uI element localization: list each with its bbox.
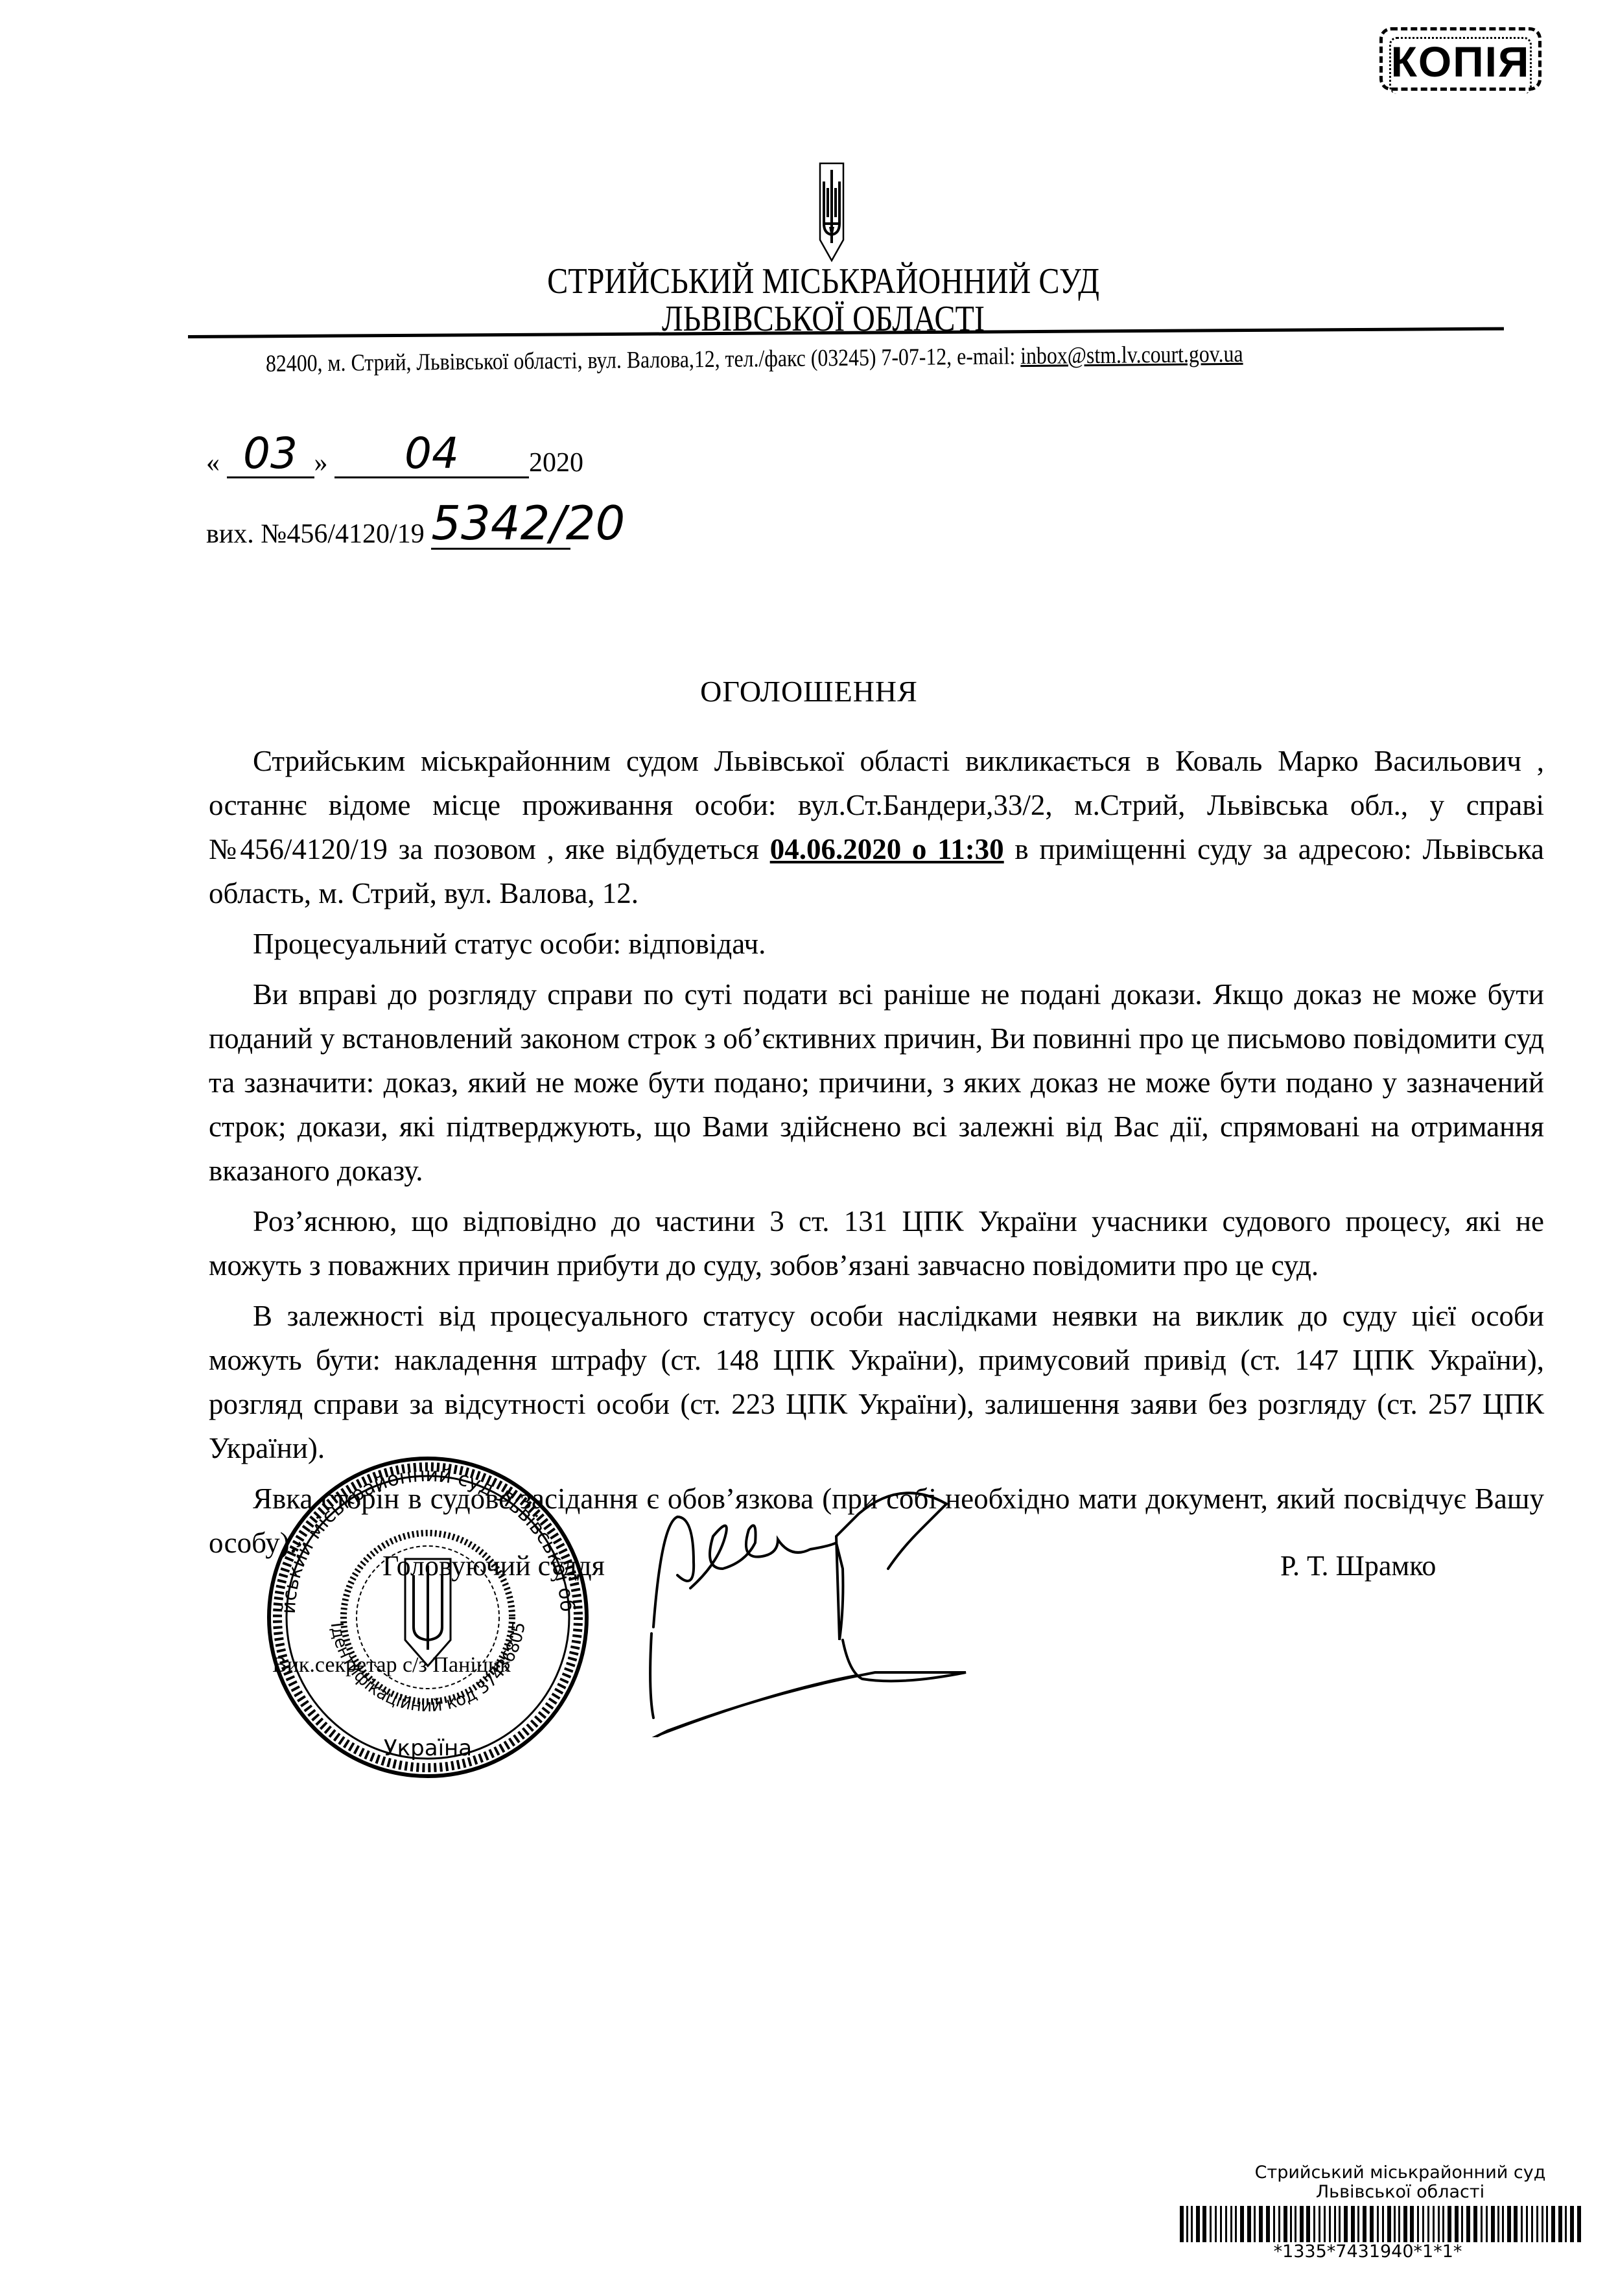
outgoing-field: 5342/20 <box>431 519 570 550</box>
paragraph-status: Процесуальний статус особи: відповідач. <box>209 922 1544 966</box>
paragraph-evidence: Ви вправі до розгляду справи по суті под… <box>209 972 1544 1193</box>
court-name: СТРИЙСЬКИЙ МІСЬКРАЙОННИЙ СУД ЛЬВІВСЬКОЇ … <box>517 263 1130 338</box>
day-field: 03 <box>227 448 314 478</box>
outgoing-handwritten: 5342/20 <box>431 500 625 546</box>
trident-icon <box>819 162 845 263</box>
paragraph-summons: Стрийським міськрайонним судом Львівсько… <box>209 739 1544 915</box>
quote-close: » <box>314 448 328 478</box>
court-address: 82400, м. Стрий, Львівської області, вул… <box>266 343 1021 377</box>
footer-court-name: Стрийський міськрайонний суд Львівської … <box>1219 2163 1582 2202</box>
month-field: 04 <box>334 448 529 478</box>
court-seal-icon: Стрийський міськрайонний суд Львівської … <box>246 1446 609 1783</box>
document-date: « 03 » 04 2020 <box>206 447 583 478</box>
barcode-icon <box>1180 2206 1618 2242</box>
copy-stamp: КОПІЯ <box>1379 27 1542 91</box>
secretary-label: Вик.секретар с/з Паніцик <box>272 1653 511 1678</box>
paragraph-consequences: В залежності від процесуального статусу … <box>209 1294 1544 1470</box>
outgoing-number: вих. №456/4120/19 5342/20 <box>206 519 570 550</box>
court-email-link[interactable]: inbox@stm.lv.court.gov.ua <box>1020 341 1243 369</box>
judge-label: Головуючий суддя <box>382 1549 605 1582</box>
signature-icon <box>642 1478 1258 1737</box>
day-handwritten: 03 <box>227 432 314 475</box>
copy-stamp-label: КОПІЯ <box>1391 37 1530 86</box>
outgoing-prefix: вих. №456/4120/19 <box>206 519 425 549</box>
document-title: ОГОЛОШЕННЯ <box>0 674 1618 709</box>
year: 2020 <box>529 448 583 478</box>
paragraph-notice: Роз’яснюю, що відповідно до частини 3 ст… <box>209 1199 1544 1287</box>
judge-name: Р. Т. Шрамко <box>1280 1549 1436 1582</box>
hearing-datetime: 04.06.2020 о 11:30 <box>770 833 1004 865</box>
footer-court-line1: Стрийський міськрайонний суд <box>1219 2163 1582 2183</box>
month-handwritten: 04 <box>334 432 529 475</box>
svg-text:Україна: Україна <box>384 1735 472 1761</box>
quote-open: « <box>206 448 220 478</box>
court-contact-line: 82400, м. Стрий, Львівської області, вул… <box>266 340 1243 378</box>
footer-court-line2: Львівської області <box>1219 2183 1582 2202</box>
court-name-line1: СТРИЙСЬКИЙ МІСЬКРАЙОННИЙ СУД <box>517 263 1130 300</box>
barcode-number: *1335*7431940*1*1* <box>1219 2242 1517 2262</box>
